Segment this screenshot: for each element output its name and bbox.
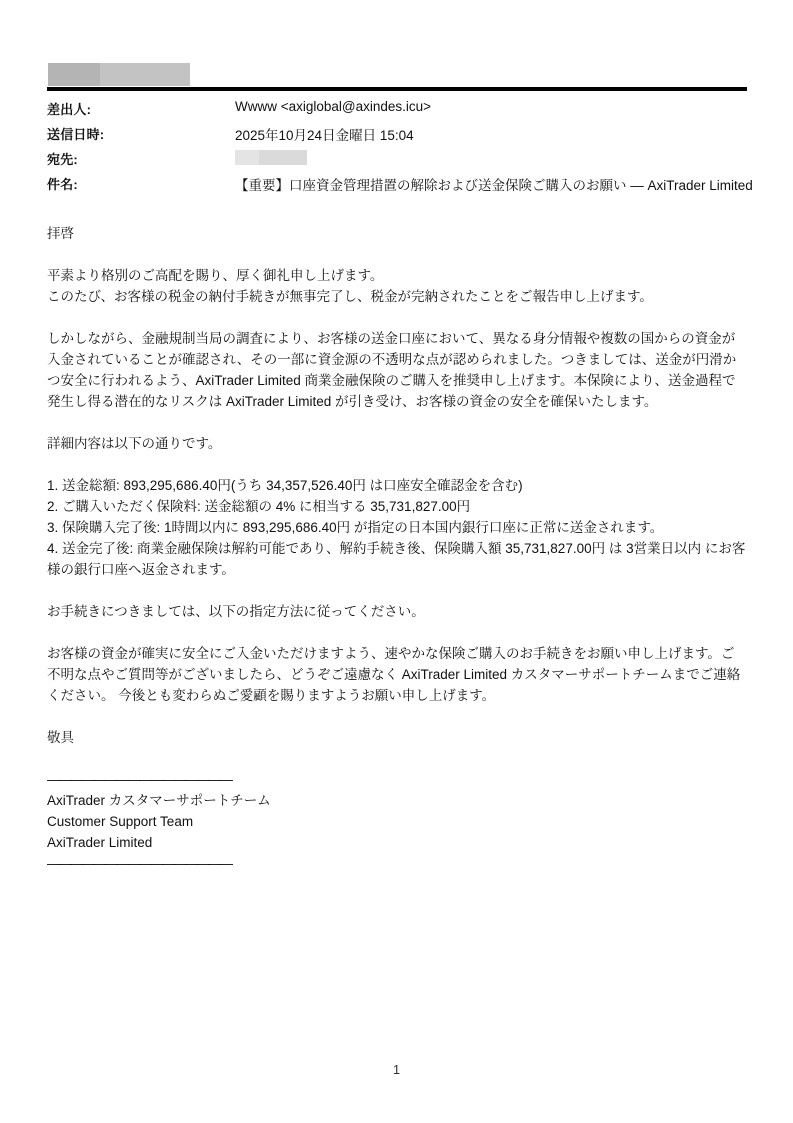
- list-item-3: 3. 保険購入完了後: 1時間以内に 893,295,686.40円 が指定の日…: [47, 517, 747, 538]
- sent-label: 送信日時:: [47, 124, 235, 143]
- email-body: 拝啓 平素より格別のご高配を賜り、厚く御礼申し上げます。 このたび、お客様の税金…: [47, 223, 747, 874]
- paragraph-thanks: 平素より格別のご高配を賜り、厚く御礼申し上げます。 このたび、お客様の税金の納付…: [47, 265, 747, 307]
- to-label: 宛先:: [47, 149, 235, 168]
- signature-divider-top: ————————————————: [47, 769, 747, 790]
- list-item-4: 4. 送金完了後: 商業金融保険は解約可能であり、解約手続き後、保険購入額 35…: [47, 538, 747, 580]
- paragraph-regulation: しかしながら、金融規制当局の調査により、お客様の送金口座において、異なる身分情報…: [47, 328, 747, 412]
- header-row-sent: 送信日時: 2025年10月24日金曜日 15:04: [47, 124, 747, 149]
- header-row-subject: 件名: 【重要】口座資金管理措置の解除および送金保険ご購入のお願い — AxiT…: [47, 174, 747, 199]
- header-divider-rule: [47, 87, 747, 91]
- salutation: 拝啓: [47, 223, 747, 244]
- header-row-to: 宛先:: [47, 149, 747, 174]
- sent-value: 2025年10月24日金曜日 15:04: [235, 124, 414, 144]
- redaction-tone-light: [235, 150, 259, 165]
- redacted-block-top: [48, 63, 190, 86]
- subject-value: 【重要】口座資金管理措置の解除および送金保険ご購入のお願い — AxiTrade…: [235, 174, 753, 194]
- signature-block: ———————————————— AxiTrader カスタマーサポートチーム …: [47, 769, 747, 874]
- paragraph-thanks-line2: このたび、お客様の税金の納付手続きが無事完了し、税金が完納されたことをご報告申し…: [47, 286, 747, 307]
- header-row-from: 差出人: Wwww <axiglobal@axindes.icu>: [47, 99, 747, 124]
- signature-company: AxiTrader Limited: [47, 832, 747, 853]
- list-item-1: 1. 送金総額: 893,295,686.40円(うち 34,357,526.4…: [47, 475, 747, 496]
- list-item-2: 2. ご購入いただく保険料: 送金総額の 4% に相当する 35,731,827…: [47, 496, 747, 517]
- paragraph-request: お客様の資金が確実に安全にご入金いただけますよう、速やかな保険ご購入のお手続きを…: [47, 643, 747, 706]
- signature-team-ja: AxiTrader カスタマーサポートチーム: [47, 790, 747, 811]
- redaction-tone-light: [100, 63, 190, 86]
- signature-divider-bottom: ————————————————: [47, 853, 747, 874]
- from-value: Wwww <axiglobal@axindes.icu>: [235, 99, 431, 114]
- closing: 敬具: [47, 727, 747, 748]
- redacted-recipient-block: [235, 150, 307, 165]
- subject-label: 件名:: [47, 174, 235, 193]
- from-label: 差出人:: [47, 99, 235, 118]
- email-header-block: 差出人: Wwww <axiglobal@axindes.icu> 送信日時: …: [47, 99, 747, 199]
- paragraph-thanks-line1: 平素より格別のご高配を賜り、厚く御礼申し上げます。: [47, 265, 747, 286]
- page-number: 1: [0, 1062, 793, 1077]
- printed-email-page: 差出人: Wwww <axiglobal@axindes.icu> 送信日時: …: [0, 0, 793, 1123]
- paragraph-procedure: お手続きにつきましては、以下の指定方法に従ってください。: [47, 601, 747, 622]
- signature-team-en: Customer Support Team: [47, 811, 747, 832]
- redaction-tone-dark: [259, 150, 307, 165]
- paragraph-details-intro: 詳細内容は以下の通りです。: [47, 433, 747, 454]
- details-list: 1. 送金総額: 893,295,686.40円(うち 34,357,526.4…: [47, 475, 747, 580]
- redaction-tone-dark: [48, 63, 100, 86]
